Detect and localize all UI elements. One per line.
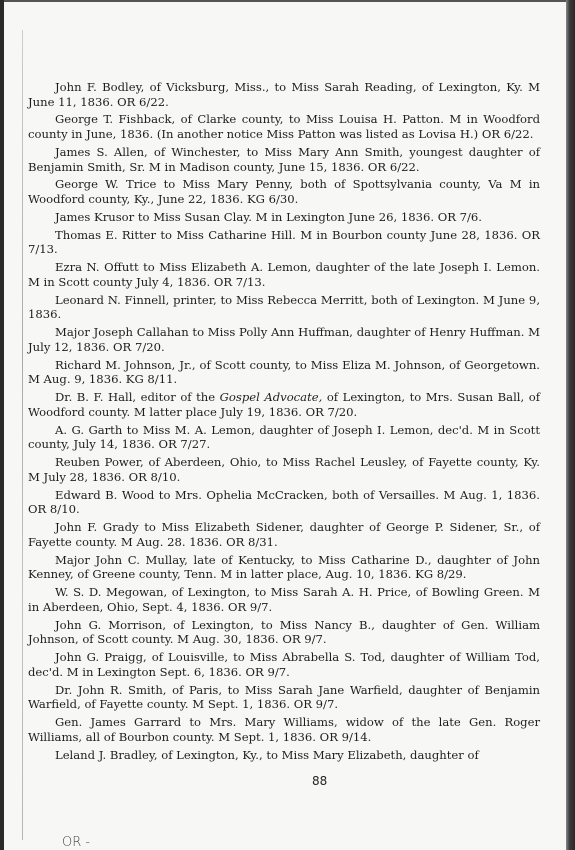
marriage-entry: Ezra N. Offutt to Miss Elizabeth A. Lemo… xyxy=(28,260,540,289)
marriage-entry: Leland J. Bradley, of Lexington, Ky., to… xyxy=(28,748,540,763)
marriage-entry: John F. Grady to Miss Elizabeth Sidener,… xyxy=(28,520,540,549)
marriage-entry: James S. Allen, of Winchester, to Miss M… xyxy=(28,145,540,174)
marriage-entry: Gen. James Garrard to Mrs. Mary Williams… xyxy=(28,715,540,744)
page-body: John F. Bodley, of Vicksburg, Miss., to … xyxy=(28,80,540,765)
marriage-entry: John G. Praigg, of Louisville, to Miss A… xyxy=(28,650,540,679)
scan-right-edge xyxy=(566,0,575,850)
marriage-entry: Edward B. Wood to Mrs. Ophelia McCracken… xyxy=(28,488,540,517)
marriage-entry: Dr. John R. Smith, of Paris, to Miss Sar… xyxy=(28,683,540,712)
marriage-entry: John G. Morrison, of Lexington, to Miss … xyxy=(28,618,540,647)
publication-title: Gospel Advocate, xyxy=(220,390,323,404)
marriage-entry: Reuben Power, of Aberdeen, Ohio, to Miss… xyxy=(28,455,540,484)
marriage-entry: George W. Trice to Miss Mary Penny, both… xyxy=(28,177,540,206)
scan-top-edge xyxy=(0,0,575,2)
marriage-entry: Leonard N. Finnell, printer, to Miss Reb… xyxy=(28,293,540,322)
marriage-entry: W. S. D. Megowan, of Lexington, to Miss … xyxy=(28,585,540,614)
handwritten-note: OR - xyxy=(62,835,90,850)
scan-left-edge xyxy=(0,0,4,850)
marriage-entry: George T. Fishback, of Clarke county, to… xyxy=(28,112,540,141)
marriage-entry: Richard M. Johnson, Jr., of Scott county… xyxy=(28,358,540,387)
marriage-entry: Thomas E. Ritter to Miss Catharine Hill.… xyxy=(28,228,540,257)
scan-binding-line xyxy=(22,30,23,840)
marriage-entry: Major John C. Mullay, late of Kentucky, … xyxy=(28,553,540,582)
marriage-entry: John F. Bodley, of Vicksburg, Miss., to … xyxy=(28,80,540,109)
page-number: 88 xyxy=(312,774,327,788)
marriage-entry: Dr. B. F. Hall, editor of the Gospel Adv… xyxy=(28,390,540,419)
marriage-entry: A. G. Garth to Miss M. A. Lemon, daughte… xyxy=(28,423,540,452)
marriage-entry: Major Joseph Callahan to Miss Polly Ann … xyxy=(28,325,540,354)
marriage-entry: James Krusor to Miss Susan Clay. M in Le… xyxy=(28,210,540,225)
entry-text: Dr. B. F. Hall, editor of the xyxy=(55,390,220,404)
